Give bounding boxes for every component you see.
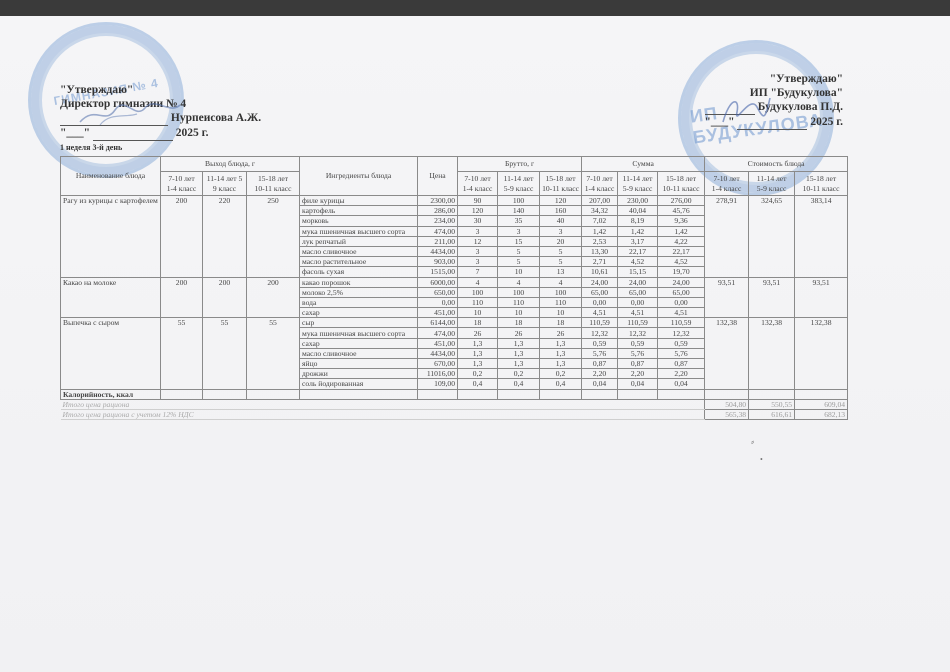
ingredient-sum-2: 9,36 bbox=[658, 216, 705, 226]
ingredient-gross-0: 18 bbox=[458, 318, 498, 328]
ingredient-name: какао порошок bbox=[300, 277, 418, 287]
dish-cost-2: 132,38 bbox=[795, 318, 848, 389]
dish-output-2: 200 bbox=[247, 277, 300, 318]
ingredient-gross-0: 90 bbox=[458, 196, 498, 206]
calories-cell bbox=[618, 389, 658, 399]
header-price: Цена bbox=[418, 157, 458, 196]
ingredient-gross-1: 1,3 bbox=[498, 359, 540, 369]
total-vat-row-value-1: 616,61 bbox=[749, 409, 795, 419]
ingredient-name: дрожжи bbox=[300, 369, 418, 379]
calories-cell bbox=[161, 389, 203, 399]
total-vat-row-value-0: 565,38 bbox=[705, 409, 749, 419]
header-gross-age-1: 11-14 лет5-9 класс bbox=[498, 172, 540, 196]
header-sum: Сумма bbox=[582, 157, 705, 172]
table-row: Выпечка с сыром555555сыр6144,00181818110… bbox=[61, 318, 848, 328]
total-row-value-0: 504,80 bbox=[705, 399, 749, 409]
ingredient-gross-0: 7 bbox=[458, 267, 498, 277]
ingredient-sum-1: 1,42 bbox=[618, 226, 658, 236]
ingredient-sum-0: 13,30 bbox=[582, 246, 618, 256]
ingredient-gross-2: 1,3 bbox=[540, 348, 582, 358]
ingredient-gross-2: 5 bbox=[540, 257, 582, 267]
dish-output-1: 200 bbox=[203, 277, 247, 318]
ingredient-sum-1: 12,32 bbox=[618, 328, 658, 338]
ingredient-name: картофель bbox=[300, 206, 418, 216]
header-sum-age-0: 7-10 лет1-4 класс bbox=[582, 172, 618, 196]
dish-cost-0: 132,38 bbox=[705, 318, 749, 389]
ingredient-sum-2: 1,42 bbox=[658, 226, 705, 236]
ingredient-gross-0: 12 bbox=[458, 236, 498, 246]
ingredient-price: 0,00 bbox=[418, 297, 458, 307]
ingredient-price: 451,00 bbox=[418, 338, 458, 348]
ingredient-gross-0: 120 bbox=[458, 206, 498, 216]
header-cost-age-2: 15-18 лет10-11 класс bbox=[795, 172, 848, 196]
header-cost-age-0: 7-10 лет1-4 класс bbox=[705, 172, 749, 196]
header-cost-age-1: 11-14 лет5-9 класс bbox=[749, 172, 795, 196]
ingredient-sum-0: 12,32 bbox=[582, 328, 618, 338]
ingredient-gross-2: 1,3 bbox=[540, 338, 582, 348]
ingredient-price: 11016,00 bbox=[418, 369, 458, 379]
ingredient-gross-1: 18 bbox=[498, 318, 540, 328]
ingredient-gross-2: 100 bbox=[540, 287, 582, 297]
ingredient-sum-2: 4,22 bbox=[658, 236, 705, 246]
ingredient-gross-0: 3 bbox=[458, 246, 498, 256]
ingredient-sum-0: 110,59 bbox=[582, 318, 618, 328]
ingredient-name: молоко 2,5% bbox=[300, 287, 418, 297]
ingredient-sum-0: 65,00 bbox=[582, 287, 618, 297]
ingredient-sum-2: 2,20 bbox=[658, 369, 705, 379]
header-output-age-2: 15-18 лет10-11 класс bbox=[247, 172, 300, 196]
calories-cell bbox=[458, 389, 498, 399]
ingredient-name: сыр bbox=[300, 318, 418, 328]
ingredient-gross-2: 4 bbox=[540, 277, 582, 287]
ingredient-gross-0: 4 bbox=[458, 277, 498, 287]
ingredient-sum-1: 0,87 bbox=[618, 359, 658, 369]
ingredient-name: мука пшеничная высшего сорта bbox=[300, 226, 418, 236]
ingredient-sum-1: 4,52 bbox=[618, 257, 658, 267]
ingredient-gross-0: 110 bbox=[458, 297, 498, 307]
ingredient-price: 903,00 bbox=[418, 257, 458, 267]
header-ingredients: Ингредиенты блюда bbox=[300, 157, 418, 196]
total-row: Итого цена рациона504,80550,55609,04 bbox=[61, 399, 848, 409]
dish-cost-1: 324,65 bbox=[749, 196, 795, 278]
ingredient-gross-2: 13 bbox=[540, 267, 582, 277]
ingredient-name: лук репчатый bbox=[300, 236, 418, 246]
ingredient-gross-2: 26 bbox=[540, 328, 582, 338]
calories-cell bbox=[540, 389, 582, 399]
calories-cell bbox=[749, 389, 795, 399]
ingredient-gross-1: 140 bbox=[498, 206, 540, 216]
dish-cost-2: 93,51 bbox=[795, 277, 848, 318]
ingredient-price: 4434,00 bbox=[418, 246, 458, 256]
calories-row: Калорийность, ккал bbox=[61, 389, 848, 399]
ingredient-sum-1: 24,00 bbox=[618, 277, 658, 287]
ingredient-price: 670,00 bbox=[418, 359, 458, 369]
ingredient-name: морковь bbox=[300, 216, 418, 226]
ingredient-sum-0: 10,61 bbox=[582, 267, 618, 277]
calories-cell bbox=[203, 389, 247, 399]
dish-output-0: 200 bbox=[161, 277, 203, 318]
header-output-age-1: 11-14 лет 59 класс bbox=[203, 172, 247, 196]
ingredient-sum-2: 0,00 bbox=[658, 297, 705, 307]
ingredient-sum-0: 34,32 bbox=[582, 206, 618, 216]
ingredient-price: 234,00 bbox=[418, 216, 458, 226]
ingredient-sum-0: 24,00 bbox=[582, 277, 618, 287]
total-vat-row: Итого цена рациона с учетом 12% НДС565,3… bbox=[61, 409, 848, 419]
ingredient-sum-2: 45,76 bbox=[658, 206, 705, 216]
ingredient-price: 474,00 bbox=[418, 328, 458, 338]
ingredient-gross-2: 110 bbox=[540, 297, 582, 307]
ingredient-sum-0: 0,04 bbox=[582, 379, 618, 389]
dish-name: Выпечка с сыром bbox=[61, 318, 161, 389]
ingredient-sum-1: 0,00 bbox=[618, 297, 658, 307]
ingredient-gross-2: 120 bbox=[540, 196, 582, 206]
ingredient-sum-1: 65,00 bbox=[618, 287, 658, 297]
ingredient-sum-2: 4,52 bbox=[658, 257, 705, 267]
ingredient-gross-0: 26 bbox=[458, 328, 498, 338]
ingredient-sum-2: 19,70 bbox=[658, 267, 705, 277]
ingredient-gross-1: 1,3 bbox=[498, 348, 540, 358]
calories-cell bbox=[705, 389, 749, 399]
ingredient-gross-2: 18 bbox=[540, 318, 582, 328]
ingredient-price: 6000,00 bbox=[418, 277, 458, 287]
dish-name: Рагу из курицы с картофелем bbox=[61, 196, 161, 278]
ingredient-sum-1: 2,20 bbox=[618, 369, 658, 379]
ingredient-gross-1: 10 bbox=[498, 267, 540, 277]
dish-output-2: 55 bbox=[247, 318, 300, 389]
ingredient-price: 474,00 bbox=[418, 226, 458, 236]
ingredient-sum-1: 230,00 bbox=[618, 196, 658, 206]
ingredient-price: 2300,00 bbox=[418, 196, 458, 206]
ingredient-price: 6144,00 bbox=[418, 318, 458, 328]
ingredient-gross-2: 10 bbox=[540, 308, 582, 318]
ingredient-sum-0: 1,42 bbox=[582, 226, 618, 236]
ingredient-gross-2: 0,2 bbox=[540, 369, 582, 379]
dish-output-1: 55 bbox=[203, 318, 247, 389]
ingredient-sum-0: 4,51 bbox=[582, 308, 618, 318]
dish-cost-0: 278,91 bbox=[705, 196, 749, 278]
ingredient-price: 650,00 bbox=[418, 287, 458, 297]
calories-cell bbox=[247, 389, 300, 399]
calories-label: Калорийность, ккал bbox=[61, 389, 161, 399]
ingredient-sum-1: 0,04 bbox=[618, 379, 658, 389]
ingredient-sum-1: 15,15 bbox=[618, 267, 658, 277]
ingredient-gross-1: 1,3 bbox=[498, 338, 540, 348]
ingredient-gross-2: 3 bbox=[540, 226, 582, 236]
ingredient-sum-2: 276,00 bbox=[658, 196, 705, 206]
ingredient-gross-0: 3 bbox=[458, 257, 498, 267]
ingredient-sum-2: 5,76 bbox=[658, 348, 705, 358]
dish-output-0: 200 bbox=[161, 196, 203, 278]
ingredient-gross-0: 1,3 bbox=[458, 359, 498, 369]
header-gross-age-2: 15-18 лет10-11 класс bbox=[540, 172, 582, 196]
ingredient-gross-1: 5 bbox=[498, 257, 540, 267]
ingredient-sum-0: 2,20 bbox=[582, 369, 618, 379]
ingredient-sum-1: 40,04 bbox=[618, 206, 658, 216]
ingredient-price: 211,00 bbox=[418, 236, 458, 246]
ingredient-gross-1: 10 bbox=[498, 308, 540, 318]
ingredient-gross-0: 0,2 bbox=[458, 369, 498, 379]
dish-output-0: 55 bbox=[161, 318, 203, 389]
calories-cell bbox=[418, 389, 458, 399]
header-gross-age-0: 7-10 лет1-4 класс bbox=[458, 172, 498, 196]
ingredient-name: масло сливочное bbox=[300, 246, 418, 256]
calories-cell bbox=[498, 389, 540, 399]
ingredient-sum-2: 110,59 bbox=[658, 318, 705, 328]
ingredient-name: сахар bbox=[300, 338, 418, 348]
table-row: Рагу из курицы с картофелем200220250филе… bbox=[61, 196, 848, 206]
week-day-label: 1 неделя 3-й день bbox=[60, 143, 122, 152]
ingredient-name: филе курицы bbox=[300, 196, 418, 206]
ingredient-price: 109,00 bbox=[418, 379, 458, 389]
ingredient-gross-0: 10 bbox=[458, 308, 498, 318]
ingredient-gross-0: 1,3 bbox=[458, 348, 498, 358]
ingredient-name: масло сливочное bbox=[300, 348, 418, 358]
ingredient-name: масло растительное bbox=[300, 257, 418, 267]
ingredient-gross-0: 0,4 bbox=[458, 379, 498, 389]
ingredient-sum-1: 22,17 bbox=[618, 246, 658, 256]
ingredient-gross-1: 15 bbox=[498, 236, 540, 246]
ingredient-gross-1: 100 bbox=[498, 287, 540, 297]
calories-cell bbox=[582, 389, 618, 399]
dish-cost-1: 132,38 bbox=[749, 318, 795, 389]
ingredient-name: мука пшеничная высшего сорта bbox=[300, 328, 418, 338]
signature-left-icon bbox=[75, 100, 185, 130]
total-row-value-1: 550,55 bbox=[749, 399, 795, 409]
dish-name: Какао на молоке bbox=[61, 277, 161, 318]
ingredient-sum-0: 2,71 bbox=[582, 257, 618, 267]
menu-cost-table: Наименование блюда Выход блюда, г Ингред… bbox=[60, 156, 848, 420]
header-dish-cost: Стоимость блюда bbox=[705, 157, 848, 172]
scan-mark: • bbox=[760, 455, 763, 464]
ingredient-price: 451,00 bbox=[418, 308, 458, 318]
ingredient-name: фасоль сухая bbox=[300, 267, 418, 277]
ingredient-sum-2: 22,17 bbox=[658, 246, 705, 256]
ingredient-gross-2: 160 bbox=[540, 206, 582, 216]
ingredient-gross-2: 0,4 bbox=[540, 379, 582, 389]
calories-cell bbox=[795, 389, 848, 399]
header-dish-name: Наименование блюда bbox=[61, 157, 161, 196]
signature-right-icon bbox=[715, 92, 775, 128]
ingredient-name: яйцо bbox=[300, 359, 418, 369]
total-vat-row-label: Итого цена рациона с учетом 12% НДС bbox=[61, 409, 705, 419]
total-row-label: Итого цена рациона bbox=[61, 399, 705, 409]
total-vat-row-value-2: 682,13 bbox=[795, 409, 848, 419]
ingredient-sum-1: 0,59 bbox=[618, 338, 658, 348]
top-scan-border bbox=[0, 0, 950, 16]
ingredient-sum-1: 8,19 bbox=[618, 216, 658, 226]
calories-cell bbox=[300, 389, 418, 399]
ingredient-gross-2: 1,3 bbox=[540, 359, 582, 369]
dish-cost-0: 93,51 bbox=[705, 277, 749, 318]
header-sum-age-2: 15-18 лет10-11 класс bbox=[658, 172, 705, 196]
ingredient-price: 4434,00 bbox=[418, 348, 458, 358]
dish-cost-1: 93,51 bbox=[749, 277, 795, 318]
ingredient-sum-2: 24,00 bbox=[658, 277, 705, 287]
dish-output-1: 220 bbox=[203, 196, 247, 278]
ingredient-sum-0: 7,02 bbox=[582, 216, 618, 226]
ingredient-sum-2: 0,04 bbox=[658, 379, 705, 389]
scan-mark: ⸗ bbox=[751, 437, 754, 448]
approval-right-year: 2025 г. bbox=[810, 116, 843, 128]
header-output-age-0: 7-10 лет1-4 класс bbox=[161, 172, 203, 196]
ingredient-sum-1: 5,76 bbox=[618, 348, 658, 358]
ingredient-gross-1: 110 bbox=[498, 297, 540, 307]
ingredient-gross-2: 5 bbox=[540, 246, 582, 256]
ingredient-price: 286,00 bbox=[418, 206, 458, 216]
ingredient-sum-0: 0,59 bbox=[582, 338, 618, 348]
ingredient-gross-0: 1,3 bbox=[458, 338, 498, 348]
dish-output-2: 250 bbox=[247, 196, 300, 278]
ingredient-name: вода bbox=[300, 297, 418, 307]
ingredient-sum-2: 12,32 bbox=[658, 328, 705, 338]
ingredient-name: соль йодированная bbox=[300, 379, 418, 389]
ingredient-sum-0: 207,00 bbox=[582, 196, 618, 206]
ingredient-sum-0: 0,00 bbox=[582, 297, 618, 307]
calories-cell bbox=[658, 389, 705, 399]
ingredient-gross-0: 3 bbox=[458, 226, 498, 236]
ingredient-sum-0: 5,76 bbox=[582, 348, 618, 358]
header-output: Выход блюда, г bbox=[161, 157, 300, 172]
ingredient-sum-0: 2,53 bbox=[582, 236, 618, 246]
dish-cost-2: 383,14 bbox=[795, 196, 848, 278]
ingredient-gross-1: 26 bbox=[498, 328, 540, 338]
ingredient-sum-2: 4,51 bbox=[658, 308, 705, 318]
ingredient-gross-0: 100 bbox=[458, 287, 498, 297]
ingredient-sum-1: 110,59 bbox=[618, 318, 658, 328]
approval-left-heading: "Утверждаю" bbox=[60, 83, 261, 97]
header-sum-age-1: 11-14 лет5-9 класс bbox=[618, 172, 658, 196]
ingredient-gross-1: 0,4 bbox=[498, 379, 540, 389]
ingredient-sum-2: 0,87 bbox=[658, 359, 705, 369]
ingredient-gross-1: 100 bbox=[498, 196, 540, 206]
table-row: Какао на молоке200200200какао порошок600… bbox=[61, 277, 848, 287]
ingredient-gross-1: 0,2 bbox=[498, 369, 540, 379]
ingredient-gross-1: 4 bbox=[498, 277, 540, 287]
header-gross: Брутто, г bbox=[458, 157, 582, 172]
ingredient-sum-0: 0,87 bbox=[582, 359, 618, 369]
ingredient-gross-1: 3 bbox=[498, 226, 540, 236]
ingredient-sum-1: 4,51 bbox=[618, 308, 658, 318]
total-row-value-2: 609,04 bbox=[795, 399, 848, 409]
ingredient-sum-2: 65,00 bbox=[658, 287, 705, 297]
ingredient-gross-0: 30 bbox=[458, 216, 498, 226]
ingredient-gross-2: 20 bbox=[540, 236, 582, 246]
ingredient-gross-1: 35 bbox=[498, 216, 540, 226]
approval-right-heading: "Утверждаю" bbox=[693, 72, 843, 86]
ingredient-gross-2: 40 bbox=[540, 216, 582, 226]
ingredient-gross-1: 5 bbox=[498, 246, 540, 256]
ingredient-price: 1515,00 bbox=[418, 267, 458, 277]
ingredient-name: сахар bbox=[300, 308, 418, 318]
ingredient-sum-1: 3,17 bbox=[618, 236, 658, 246]
ingredient-sum-2: 0,59 bbox=[658, 338, 705, 348]
